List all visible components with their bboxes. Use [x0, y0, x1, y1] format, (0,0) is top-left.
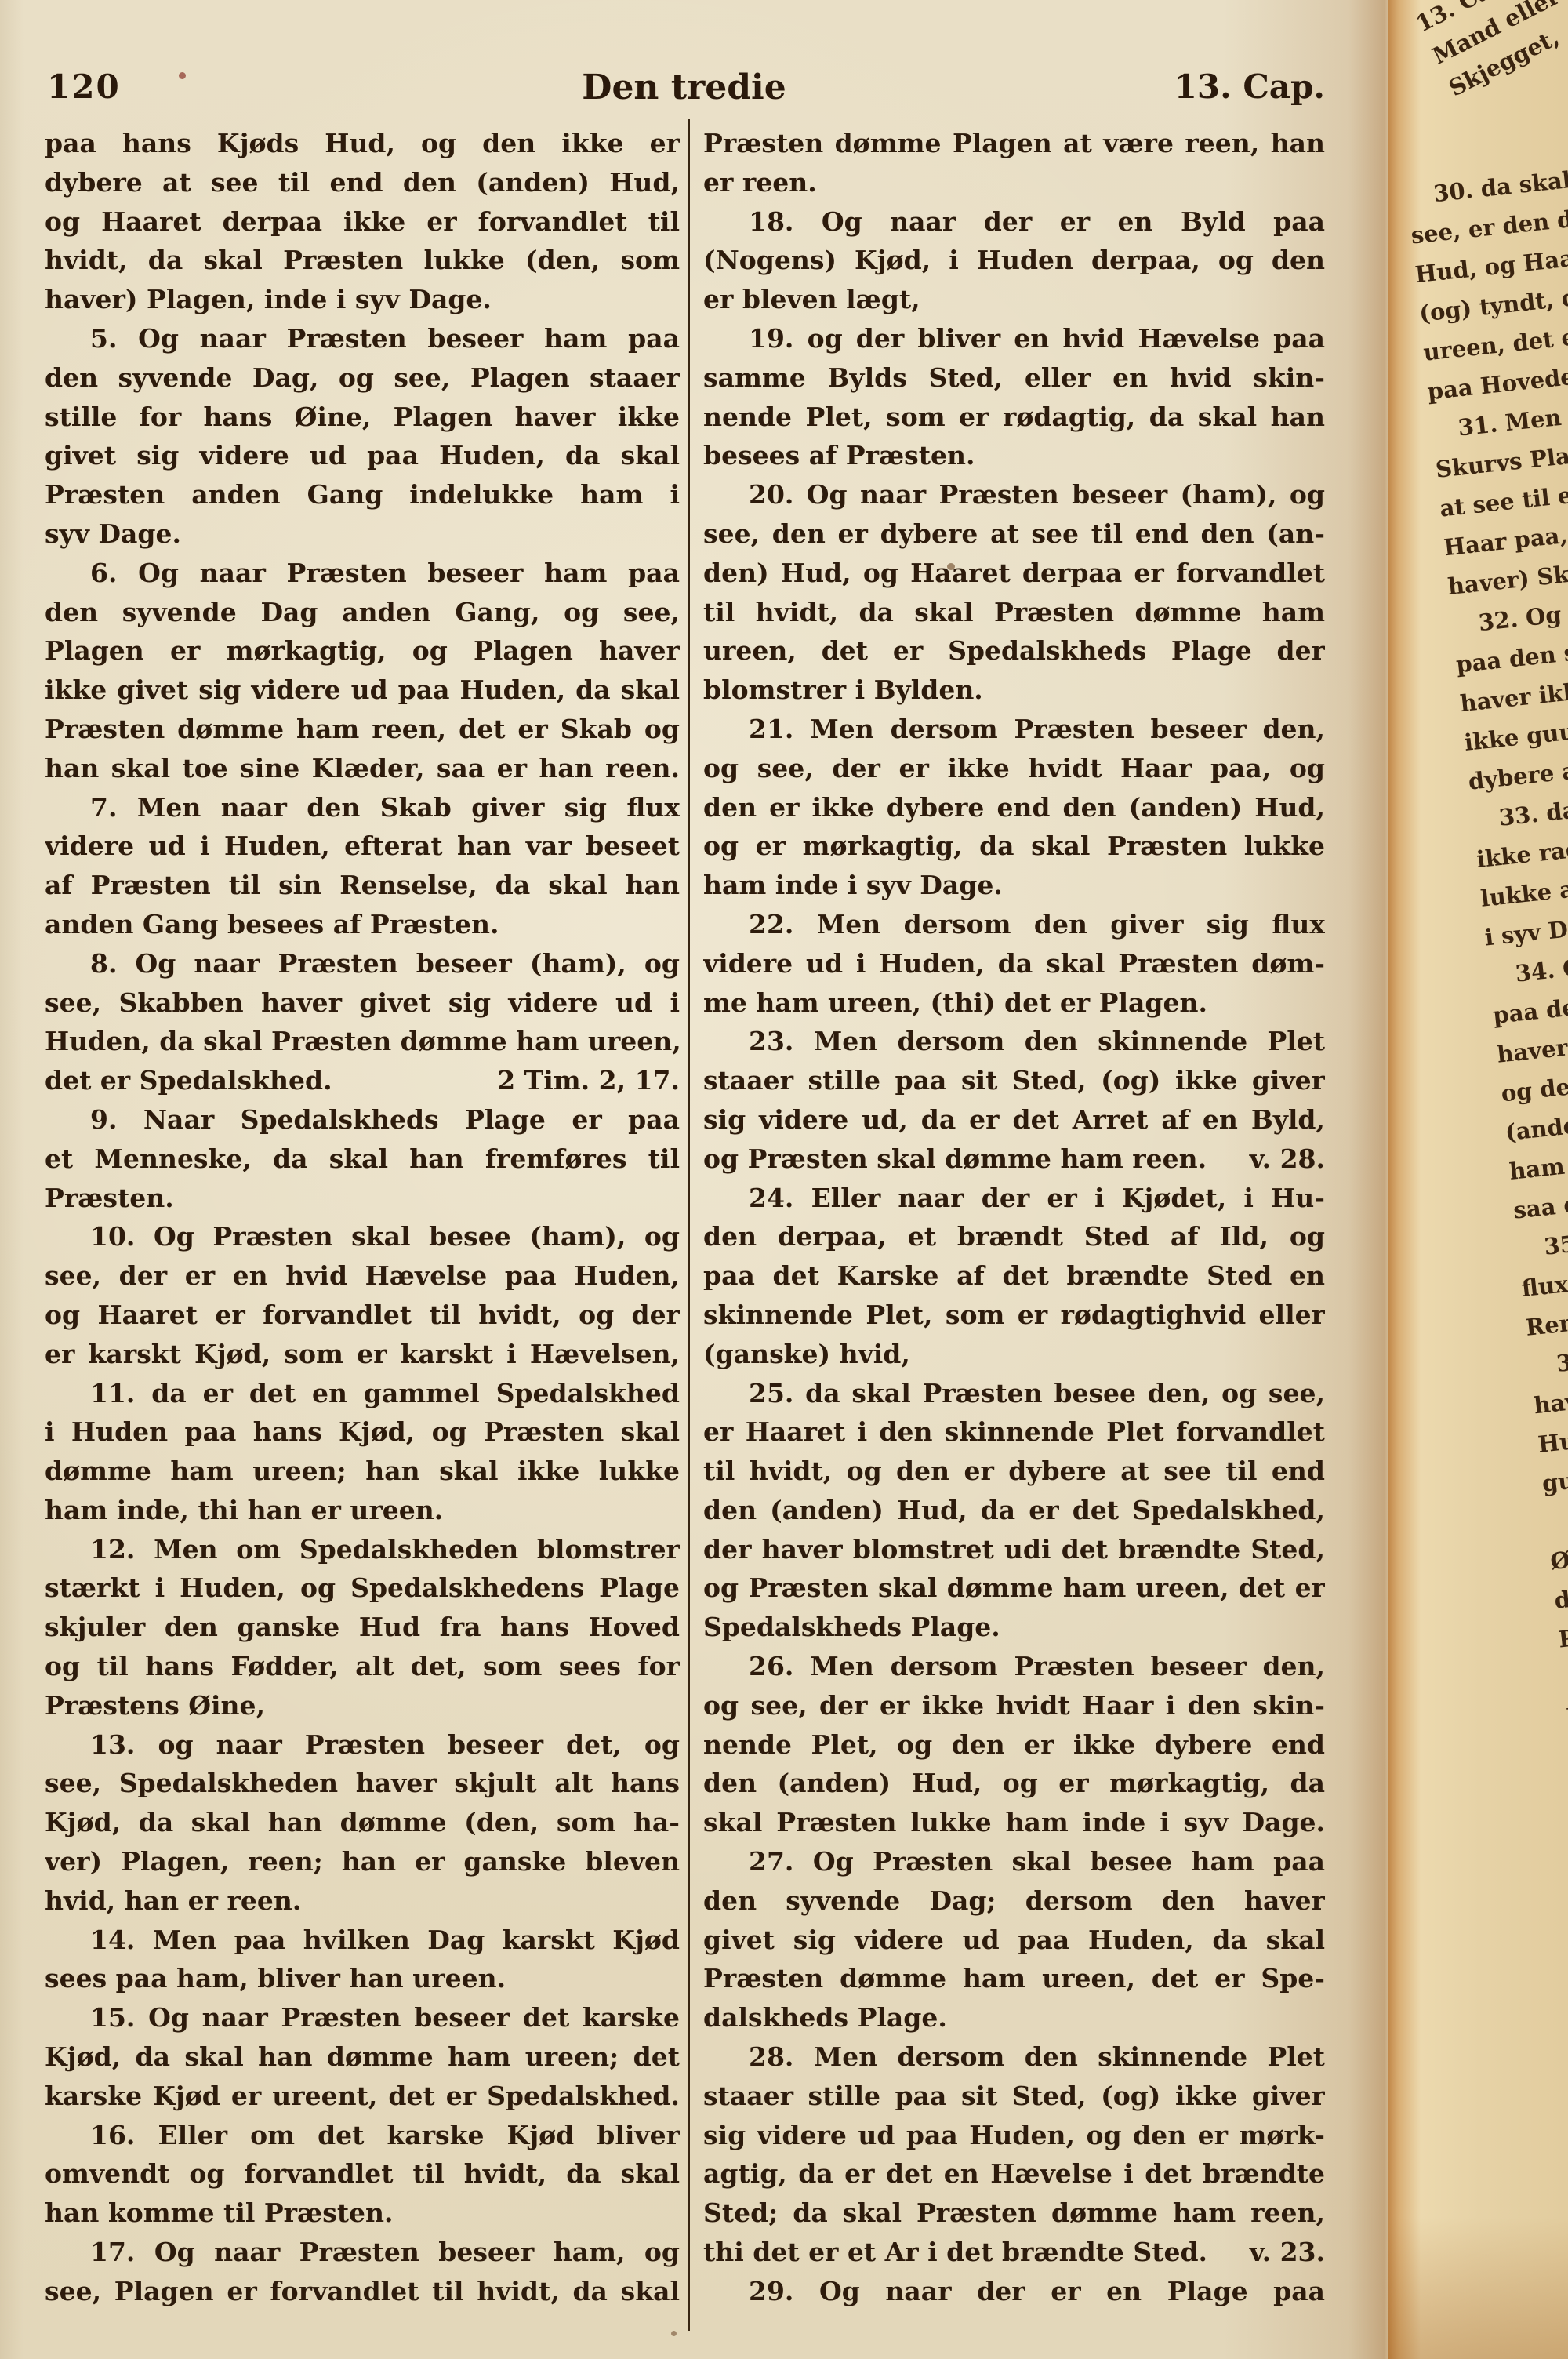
paper-speck	[671, 2331, 677, 2336]
verse-line: samme Bylds Sted, eller en hvid skin-	[703, 358, 1325, 398]
verse-line: Kjød, da skal han dømme (den, som ha-	[45, 1803, 680, 1842]
verse-line: Plagen er mørkagtig, og Plagen haver	[45, 631, 680, 671]
verse-line: er Haaret i den skinnende Plet forvandle…	[703, 1412, 1325, 1452]
verse-line: den er ikke dybere end den (anden) Hud,	[703, 788, 1325, 827]
verse-line: karske Kjød er ureent, det er Spedalskhe…	[45, 2077, 680, 2116]
paper-speck	[179, 72, 186, 79]
verse-line: (ganske) hvid,	[703, 1335, 1325, 1374]
verse-line: 19. og der bliver en hvid Hævelse paa	[703, 319, 1325, 358]
page-header: 120 Den tredie 13. Cap.	[43, 67, 1325, 111]
verse-line: ham inde i syv Dage.	[703, 866, 1325, 905]
cross-reference: v. 23.	[1250, 2233, 1325, 2272]
verse-line: 11. da er det en gammel Spedalskhed	[45, 1374, 680, 1413]
verse-line: der haver blomstret udi det brændte Sted…	[703, 1530, 1325, 1569]
verse-line: videre ud i Huden, da skal Præsten døm-	[703, 944, 1325, 983]
text-column-right: Præsten dømme Plagen at være reen, haner…	[703, 124, 1325, 2311]
verse-line: Sted; da skal Præsten dømme ham reen,	[703, 2194, 1325, 2233]
verse-line: dalskheds Plage.	[703, 1998, 1325, 2037]
verse-line: 10. Og Præsten skal besee (ham), og	[45, 1217, 680, 1256]
verse-line: 12. Men om Spedalskheden blomstrer	[45, 1530, 680, 1569]
verse-line: den syvende Dag anden Gang, og see,	[45, 593, 680, 632]
verse-line: ver) Plagen, reen; han er ganske bleven	[45, 1842, 680, 1881]
verse-line: Præsten dømme Plagen at være reen, han	[703, 124, 1325, 163]
verse-line: see, der er en hvid Hævelse paa Huden,	[45, 1256, 680, 1296]
verse-line: ureen, det er Spedalskheds Plage der	[703, 631, 1325, 671]
cross-reference: 2 Tim. 2, 17.	[497, 1061, 680, 1100]
verse-line: er bleven lægt,	[703, 280, 1325, 319]
verse-line: 8. Og naar Præsten beseer (ham), og	[45, 944, 680, 983]
verse-line: og see, der er ikke hvidt Haar i den ski…	[703, 1686, 1325, 1725]
verse-line: hvidt, da skal Præsten lukke (den, som	[45, 241, 680, 280]
next-page-edge-text: 30. da skal Prsee, er den dybere aHud, o…	[1405, 143, 1568, 2283]
verse-line: Præsten dømme ham reen, det er Skab og	[45, 710, 680, 749]
running-title: Den tredie	[43, 67, 1325, 107]
verse-line: haver) Plagen, inde i syv Dage.	[45, 280, 680, 319]
verse-line: Præsten anden Gang indelukke ham i	[45, 475, 680, 514]
verse-line: dybere at see til end den (anden) Hud,	[45, 163, 680, 202]
verse-line: er reen.	[703, 163, 1325, 202]
verse-line: 22. Men dersom den giver sig flux	[703, 905, 1325, 944]
verse-line: syv Dage.	[45, 514, 680, 554]
verse-line: 23. Men dersom den skinnende Plet	[703, 1022, 1325, 1061]
verse-line: omvendt og forvandlet til hvidt, da skal	[45, 2154, 680, 2194]
verse-line: 20. Og naar Præsten beseer (ham), og	[703, 475, 1325, 514]
verse-line: see, Plagen er forvandlet til hvidt, da …	[45, 2272, 680, 2311]
verse-line: og Haaret derpaa ikke er forvandlet til	[45, 202, 680, 242]
verse-line: sees paa ham, bliver han ureen.	[45, 1959, 680, 1998]
verse-line: den) Hud, og Haaret derpaa er forvandlet	[703, 554, 1325, 593]
verse-line: skinnende Plet, som er rødagtighvid elle…	[703, 1296, 1325, 1335]
verse-line: den syvende Dag, og see, Plagen staaer	[45, 358, 680, 398]
verse-line: og Præsten skal dømme ham reen.v. 28.	[703, 1140, 1325, 1179]
verse-line: see, den er dybere at see til end den (a…	[703, 514, 1325, 554]
verse-line: den derpaa, et brændt Sted af Ild, og	[703, 1217, 1325, 1256]
verse-line: han komme til Præsten.	[45, 2194, 680, 2233]
verse-line: stærkt i Huden, og Spedalskhedens Plage	[45, 1568, 680, 1608]
verse-line: til hvidt, og den er dybere at see til e…	[703, 1452, 1325, 1491]
verse-line: og Haaret er forvandlet til hvidt, og de…	[45, 1296, 680, 1335]
next-page-edge: 13. Cap.Mand eller QvinSkjegget, 30. da …	[1388, 0, 1568, 2359]
verse-line: besees af Præsten.	[703, 436, 1325, 475]
verse-line: Præsten.	[45, 1179, 680, 1218]
verse-line: Huden, da skal Præsten dømme ham ureen,	[45, 1022, 680, 1061]
verse-line: det er Spedalskhed.2 Tim. 2, 17.	[45, 1061, 680, 1100]
paper-speck	[947, 563, 955, 570]
verse-line: videre ud i Huden, efterat han var besee…	[45, 827, 680, 866]
verse-line: see, Skabben haver givet sig videre ud i	[45, 983, 680, 1023]
verse-line: sig videre ud, da er det Arret af en Byl…	[703, 1100, 1325, 1140]
verse-line: 26. Men dersom Præsten beseer den,	[703, 1647, 1325, 1686]
verse-line: og see, der er ikke hvidt Haar paa, og	[703, 749, 1325, 788]
verse-line: 18. Og naar der er en Byld paa	[703, 202, 1325, 242]
verse-line: nende Plet, som er rødagtig, da skal han	[703, 398, 1325, 437]
verse-line: 16. Eller om det karske Kjød bliver	[45, 2116, 680, 2155]
column-divider	[688, 119, 690, 2331]
verse-line: den syvende Dag; dersom den haver	[703, 1881, 1325, 1921]
verse-line: agtig, da er det en Hævelse i det brændt…	[703, 2154, 1325, 2194]
verse-line: og Præsten skal dømme ham ureen, det er	[703, 1568, 1325, 1608]
next-page-edge-top-text: 13. Cap.Mand eller QvinSkjegget,	[1410, 0, 1568, 106]
verse-line: 24. Eller naar der er i Kjødet, i Hu-	[703, 1179, 1325, 1218]
verse-line: (Nogens) Kjød, i Huden derpaa, og den	[703, 241, 1325, 280]
verse-line: 9. Naar Spedalskheds Plage er paa	[45, 1100, 680, 1140]
verse-line: 13. og naar Præsten beseer det, og	[45, 1725, 680, 1765]
verse-line: paa hans Kjøds Hud, og den ikke er	[45, 124, 680, 163]
verse-line: staaer stille paa sit Sted, (og) ikke gi…	[703, 2077, 1325, 2116]
verse-line: til hvidt, da skal Præsten dømme ham	[703, 593, 1325, 632]
verse-line: Præstens Øine,	[45, 1686, 680, 1725]
verse-line: 21. Men dersom Præsten beseer den,	[703, 710, 1325, 749]
verse-line: i Huden paa hans Kjød, og Præsten skal	[45, 1412, 680, 1452]
verse-line: thi det er et Ar i det brændte Sted.v. 2…	[703, 2233, 1325, 2272]
verse-line: 27. Og Præsten skal besee ham paa	[703, 1842, 1325, 1881]
verse-line: og er mørkagtig, da skal Præsten lukke	[703, 827, 1325, 866]
verse-line: skal Præsten lukke ham inde i syv Dage.	[703, 1803, 1325, 1842]
verse-line: paa det Karske af det brændte Sted en	[703, 1256, 1325, 1296]
text-column-left: paa hans Kjøds Hud, og den ikke erdybere…	[45, 124, 680, 2311]
verse-line: givet sig videre ud paa Huden, da skal	[703, 1921, 1325, 1960]
verse-line: dømme ham ureen; han skal ikke lukke	[45, 1452, 680, 1491]
verse-line: 28. Men dersom den skinnende Plet	[703, 2037, 1325, 2077]
verse-line: 29. Og naar der er en Plage paa	[703, 2272, 1325, 2311]
verse-line: 14. Men paa hvilken Dag karskt Kjød	[45, 1921, 680, 1960]
verse-line: Spedalskheds Plage.	[703, 1608, 1325, 1647]
verse-line: den (anden) Hud, og er mørkagtig, da	[703, 1764, 1325, 1803]
verse-line: blomstrer i Bylden.	[703, 671, 1325, 710]
verse-line: Kjød, da skal han dømme ham ureen; det	[45, 2037, 680, 2077]
verse-line: skjuler den ganske Hud fra hans Hoved	[45, 1608, 680, 1647]
verse-line: af Præsten til sin Renselse, da skal han	[45, 866, 680, 905]
verse-line: 7. Men naar den Skab giver sig flux	[45, 788, 680, 827]
verse-line: den (anden) Hud, da er det Spedalskhed,	[703, 1491, 1325, 1530]
verse-line: er karskt Kjød, som er karskt i Hævelsen…	[45, 1335, 680, 1374]
verse-line: hvid, han er reen.	[45, 1881, 680, 1921]
verse-line: see, Spedalskheden haver skjult alt hans	[45, 1764, 680, 1803]
verse-line: me ham ureen, (thi) det er Plagen.	[703, 983, 1325, 1023]
verse-line: ikke givet sig videre ud paa Huden, da s…	[45, 671, 680, 710]
verse-line: nende Plet, og den er ikke dybere end	[703, 1725, 1325, 1765]
verse-line: han skal toe sine Klæder, saa er han ree…	[45, 749, 680, 788]
verse-line: stille for hans Øine, Plagen haver ikke	[45, 398, 680, 437]
verse-line: 17. Og naar Præsten beseer ham, og	[45, 2233, 680, 2272]
chapter-heading: 13. Cap.	[1174, 67, 1325, 106]
verse-line: anden Gang besees af Præsten.	[45, 905, 680, 944]
verse-line: 15. Og naar Præsten beseer det karske	[45, 1998, 680, 2037]
verse-line: staaer stille paa sit Sted, (og) ikke gi…	[703, 1061, 1325, 1100]
verse-line: 6. Og naar Præsten beseer ham paa	[45, 554, 680, 593]
verse-line: 5. Og naar Præsten beseer ham paa	[45, 319, 680, 358]
verse-line: og til hans Fødder, alt det, som sees fo…	[45, 1647, 680, 1686]
verse-line: ham inde, thi han er ureen.	[45, 1491, 680, 1530]
verse-line: Præsten dømme ham ureen, det er Spe-	[703, 1959, 1325, 1998]
verse-line: givet sig videre ud paa Huden, da skal	[45, 436, 680, 475]
verse-line: sig videre ud paa Huden, og den er mørk-	[703, 2116, 1325, 2155]
cross-reference: v. 28.	[1250, 1140, 1325, 1179]
verse-line: 25. da skal Præsten besee den, og see,	[703, 1374, 1325, 1413]
verse-line: et Menneske, da skal han fremføres til	[45, 1140, 680, 1179]
